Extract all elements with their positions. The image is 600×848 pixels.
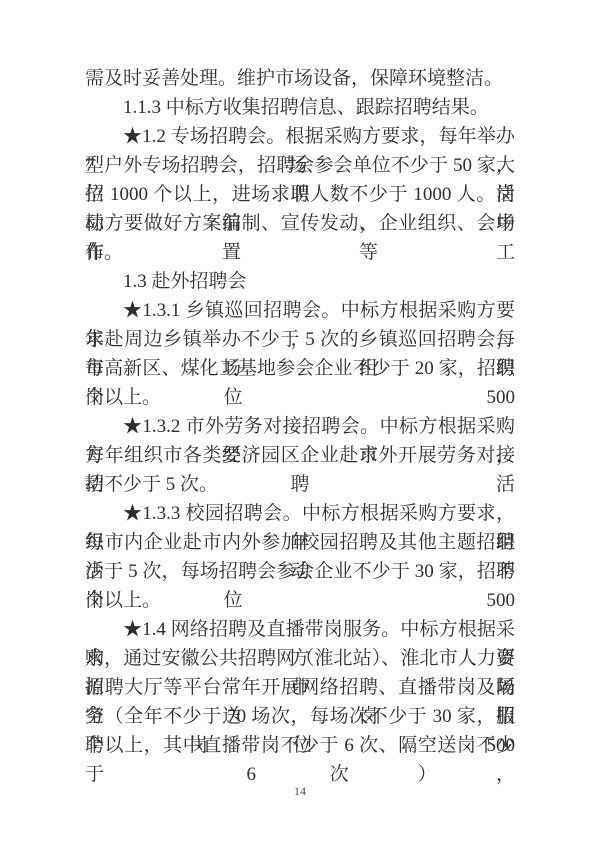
text-line: ★1.3.1 乡镇巡回招聘会。中标方根据采购方要求，每	[85, 296, 515, 325]
text-line: ★1.3.2 市外劳务对接招聘会。中标方根据采购方要求，	[85, 412, 515, 441]
text-line: 务（全年不少于 70 场次，每场次不少于 30 家，招聘岗位 500	[85, 702, 515, 731]
text-line: 少于 5 次，每场招聘会参会企业不少于 30 家，招聘岗位 500	[85, 557, 515, 586]
text-line: ★1.3.3 校园招聘会。中标方根据采购方要求，每年组	[85, 499, 515, 528]
text-line: 市高新区、煤化工基地参会企业不少于 20 家，招聘岗位 500	[85, 354, 515, 383]
text-line: 需及时妥善处理。维护市场设备，保障环境整洁。	[85, 64, 515, 93]
text-line: 招聘大厅等平台常年开展网络招聘、直播带岗及隔空送岗服	[85, 673, 515, 702]
text-line: 1.1.3 中标方收集招聘信息、跟踪招聘结果。	[85, 93, 515, 122]
page-number: 14	[0, 783, 600, 799]
text-line: 型户外专场招聘会，招聘会参会单位不少于 50 家，招聘岗	[85, 151, 515, 180]
text-line: 年赴周边乡镇举办不少于 5 次的乡镇巡回招聘会，每场组织	[85, 325, 515, 354]
text-line: 位 1000 个以上，进场求职人数不少于 1000 人。活动前，中	[85, 180, 515, 209]
text-line: 个以上，其中直播带岗不少于 6 次、隔空送岗不少于 6 次），	[85, 731, 515, 760]
text-line: ★1.4 网络招聘及直播带岗服务。中标方根据采购方要	[85, 615, 515, 644]
document-body: 需及时妥善处理。维护市场设备，保障环境整洁。 1.1.3 中标方收集招聘信息、跟…	[85, 64, 515, 760]
document-page: 需及时妥善处理。维护市场设备，保障环境整洁。 1.1.3 中标方收集招聘信息、跟…	[0, 0, 600, 848]
text-line: 求，通过安徽公共招聘网（淮北站）、淮北市人力资源市场	[85, 644, 515, 673]
text-line: 织市内企业赴市内外参加校园招聘及其他主题招聘活动不	[85, 528, 515, 557]
text-line: 标方要做好方案编制、宣传发动、企业组织、会场布置等工	[85, 209, 515, 238]
text-line: 1.3 赴外招聘会	[85, 267, 515, 296]
text-line: ★1.2 专场招聘会。根据采购方要求，每年举办 7 场大	[85, 122, 515, 151]
text-line: 每年组织市各类经济园区企业赴市外开展劳务对接招聘活	[85, 441, 515, 470]
